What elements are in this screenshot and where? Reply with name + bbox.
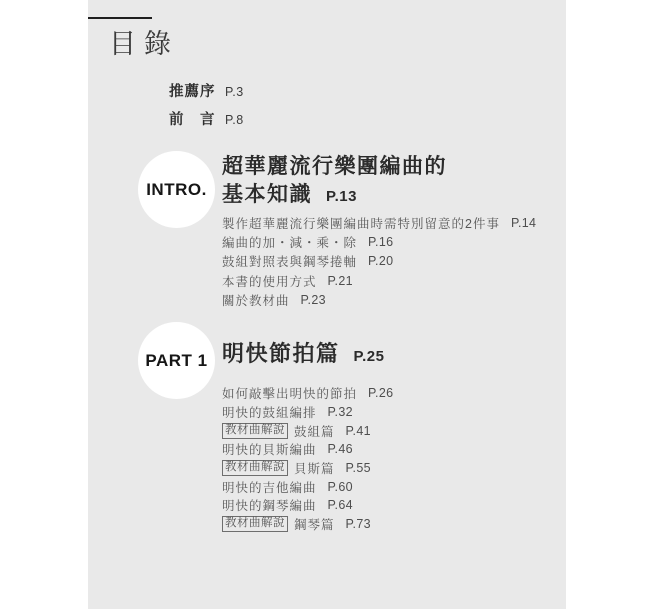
intro-title-page: P.13 [326,188,357,205]
intro-section-title: 超華麗流行樂團編曲的 基本知識P.13 [222,153,447,211]
book-scan-canvas: 目錄 推薦序 P.3 前 言 P.8 INTRO. 超華麗流行樂團編曲的 基本知… [0,0,655,609]
toc-item-text: 明快的吉他編曲 [222,478,317,496]
intro-section-badge: INTRO. [138,151,215,228]
front-matter-label: 前 言 [169,108,217,129]
toc-item: 本書的使用方式 P.21 [222,271,536,290]
front-matter-label: 推薦序 [169,80,217,101]
toc-item-text: 編曲的加・減・乘・除 [222,233,357,251]
toc-item-text: 關於教材曲 [222,291,290,309]
toc-item-page: P.73 [346,517,371,531]
intro-item-list: 製作超華麗流行樂團編曲時需特別留意的2件事 P.14 編曲的加・減・乘・除 P.… [222,213,536,309]
toc-item: 關於教材曲 P.23 [222,290,536,309]
header-rule [88,17,152,19]
toc-item: 明快的吉他編曲 P.60 [222,477,393,496]
toc-item-text: 鼓組篇 [294,422,335,440]
toc-item-page: P.14 [511,216,536,230]
intro-title-line1: 超華麗流行樂團編曲的 [222,153,447,181]
toc-item-tag: 教材曲解說 [222,460,288,476]
toc-item-page: P.64 [328,498,353,512]
toc-item: 教材曲解說 鼓組篇 P.41 [222,421,393,440]
toc-item: 明快的貝斯編曲 P.46 [222,440,393,459]
toc-item-text: 明快的鋼琴編曲 [222,496,317,514]
toc-item-text: 鋼琴篇 [294,515,335,533]
toc-item-page: P.41 [346,424,371,438]
front-matter-row: 推薦序 P.3 [169,80,244,98]
front-matter-list: 推薦序 P.3 前 言 P.8 [169,80,244,136]
front-matter-page: P.3 [225,85,244,99]
toc-item: 編曲的加・減・乘・除 P.16 [222,232,536,251]
toc-item-page: P.55 [346,461,371,475]
toc-item-page: P.32 [328,405,353,419]
toc-item-page: P.21 [328,274,353,288]
toc-item: 明快的鼓組編排 P.32 [222,403,393,422]
toc-item-page: P.23 [301,293,326,307]
front-matter-page: P.8 [225,113,244,127]
toc-item-page: P.46 [328,442,353,456]
toc-item-text: 鼓組對照表與鋼琴捲軸 [222,252,357,270]
toc-item: 明快的鋼琴編曲 P.64 [222,496,393,515]
page-title: 目錄 [109,22,179,61]
part1-section-badge: PART 1 [138,322,215,399]
toc-item-text: 貝斯篇 [294,459,335,477]
toc-item: 如何敲擊出明快的節拍 P.26 [222,384,393,403]
part1-title-page: P.25 [354,348,385,365]
intro-title-text: 基本知識 [222,183,312,206]
toc-item-tag: 教材曲解說 [222,423,288,439]
front-matter-row: 前 言 P.8 [169,108,244,126]
toc-item-tag: 教材曲解說 [222,516,288,532]
toc-item-text: 製作超華麗流行樂團編曲時需特別留意的2件事 [222,214,500,232]
toc-item-page: P.20 [368,254,393,268]
toc-item-text: 明快的貝斯編曲 [222,440,317,458]
toc-item: 鼓組對照表與鋼琴捲軸 P.20 [222,252,536,271]
toc-page: 目錄 推薦序 P.3 前 言 P.8 INTRO. 超華麗流行樂團編曲的 基本知… [88,0,566,609]
toc-item-text: 明快的鼓組編排 [222,403,317,421]
intro-title-line2: 基本知識P.13 [222,181,447,211]
toc-item-page: P.16 [368,235,393,249]
part1-item-list: 如何敲擊出明快的節拍 P.26 明快的鼓組編排 P.32 教材曲解說 鼓組篇 P… [222,384,393,534]
part1-title-text: 明快節拍篇 [222,341,340,366]
part1-section-title: 明快節拍篇P.25 [222,341,384,370]
toc-item-text: 本書的使用方式 [222,272,317,290]
toc-item-page: P.60 [328,480,353,494]
toc-item-text: 如何敲擊出明快的節拍 [222,384,357,402]
toc-item: 教材曲解說 貝斯篇 P.55 [222,459,393,478]
toc-item: 製作超華麗流行樂團編曲時需特別留意的2件事 P.14 [222,213,536,232]
toc-item-page: P.26 [368,386,393,400]
toc-item: 教材曲解說 鋼琴篇 P.73 [222,515,393,534]
